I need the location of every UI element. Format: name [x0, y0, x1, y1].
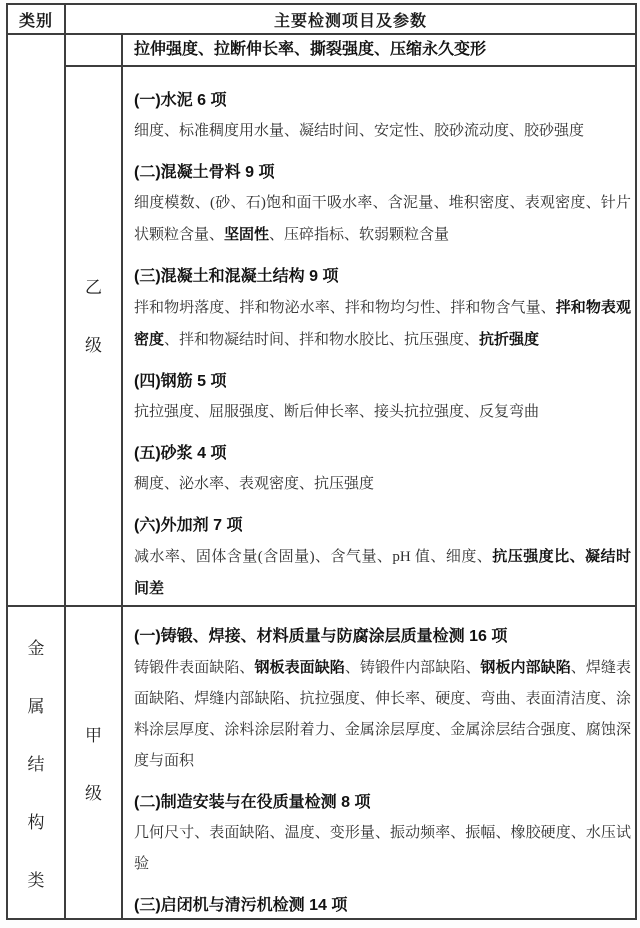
vertical-char: 结 — [28, 750, 45, 775]
block-heading: (三)混凝土和混凝土结构 9 项 — [134, 261, 631, 292]
continuation-row-content: 拉伸强度、拉断伸长率、撕裂强度、压缩永久变形 — [123, 35, 635, 67]
item-text: 、焊缝表面缺陷、焊缝内部缺陷、抗拉强度、伸长率、硬度、弯曲、表面清洁度、涂料涂层… — [134, 660, 631, 769]
category-cell-empty — [8, 35, 66, 607]
test-item-block: (三)混凝土和混凝土结构 9 项拌和物坍落度、拌和物泌水率、拌和物均匀性、拌和物… — [134, 261, 631, 356]
header-title-cell: 主要检测项目及参数 — [66, 5, 635, 35]
block-body: 减水率、固体含量(含固量)、含气量、pH 值、细度、抗压强度比、凝结时间差 — [134, 541, 631, 605]
test-item-block: (五)砂浆 4 项稠度、泌水率、表观密度、抗压强度 — [134, 438, 631, 500]
grade-cell-jia: 甲级 — [66, 607, 123, 918]
block-heading: (二)制造安装与在役质量检测 8 项 — [134, 787, 631, 818]
bold-item-text: 抗折强度 — [479, 331, 539, 348]
item-text: 几何尺寸、表面缺陷、温度、变形量、振动频率、振幅、橡胶硬度、水压试验 — [134, 825, 631, 872]
scanned-document-page: { "colors":{"border":"#3d3d3d","text":"#… — [0, 0, 640, 928]
block-body: 拌和物坍落度、拌和物泌水率、拌和物均匀性、拌和物含气量、拌和物表观密度、拌和物凝… — [134, 292, 631, 356]
category-cell-metal-structure: 金属结构类 — [8, 607, 66, 918]
vertical-char: 构 — [28, 808, 45, 833]
bold-item-text: 拉伸强度、拉断伸长率、撕裂强度、压缩永久变形 — [134, 42, 486, 58]
test-item-block: (二)混凝土骨料 9 项细度模数、(砂、石)饱和面干吸水率、含泥量、堆积密度、表… — [134, 157, 631, 251]
item-text: 、拌和物凝结时间、拌和物水胶比、抗压强度、 — [164, 332, 479, 348]
block-heading: (三)启闭机与清污机检测 14 项 — [134, 890, 631, 918]
section-1-content: (一)水泥 6 项细度、标准稠度用水量、凝结时间、安定性、胶砂流动度、胶砂强度(… — [123, 67, 635, 607]
block-heading: (二)混凝土骨料 9 项 — [134, 157, 631, 188]
block-body: 稠度、泌水率、表观密度、抗压强度 — [134, 469, 631, 500]
vertical-char: 属 — [28, 692, 45, 717]
test-item-block: (二)制造安装与在役质量检测 8 项几何尺寸、表面缺陷、温度、变形量、振动频率、… — [134, 787, 631, 880]
bold-item-text: 钢板内部缺陷 — [480, 659, 570, 676]
test-item-block: (一)铸锻、焊接、材料质量与防腐涂层质量检测 16 项铸锻件表面缺陷、钢板表面缺… — [134, 621, 631, 777]
vertical-char: 金 — [28, 634, 45, 659]
vertical-char: 乙 — [85, 273, 102, 298]
item-text: 稠度、泌水率、表观密度、抗压强度 — [134, 476, 374, 492]
vertical-char: 级 — [85, 331, 102, 356]
block-heading: (一)水泥 6 项 — [134, 85, 631, 116]
item-text: 、铸锻件内部缺陷、 — [345, 660, 481, 676]
inspection-items-table: 类别 主要检测项目及参数 拉伸强度、拉断伸长率、撕裂强度、压缩永久变形 乙级 (… — [6, 3, 637, 920]
block-heading: (一)铸锻、焊接、材料质量与防腐涂层质量检测 16 项 — [134, 621, 631, 652]
grade-vertical-text: 甲级 — [85, 721, 102, 804]
section-2-content: (一)铸锻、焊接、材料质量与防腐涂层质量检测 16 项铸锻件表面缺陷、钢板表面缺… — [123, 607, 635, 918]
block-body: 几何尺寸、表面缺陷、温度、变形量、振动频率、振幅、橡胶硬度、水压试验 — [134, 818, 631, 880]
block-heading: (五)砂浆 4 项 — [134, 438, 631, 469]
item-text: 减水率、固体含量(含固量)、含气量、pH 值、细度、 — [134, 549, 492, 565]
category-vertical-text: 金属结构类 — [28, 634, 45, 891]
block-body: 细度模数、(砂、石)饱和面干吸水率、含泥量、堆积密度、表观密度、针片状颗粒含量、… — [134, 188, 631, 251]
item-text: 、压碎指标、软弱颗粒含量 — [269, 227, 449, 243]
vertical-char: 类 — [28, 866, 45, 891]
block-heading: (六)外加剂 7 项 — [134, 510, 631, 541]
vertical-char: 级 — [85, 779, 102, 804]
block-body: 铸锻件表面缺陷、钢板表面缺陷、铸锻件内部缺陷、钢板内部缺陷、焊缝表面缺陷、焊缝内… — [134, 652, 631, 777]
block-heading: (四)钢筋 5 项 — [134, 366, 631, 397]
bold-item-text: 钢板表面缺陷 — [254, 659, 344, 676]
item-text: 铸锻件表面缺陷、 — [134, 660, 254, 676]
vertical-char: 甲 — [85, 721, 102, 746]
test-item-block: (四)钢筋 5 项抗拉强度、屈服强度、断后伸长率、接头抗拉强度、反复弯曲 — [134, 366, 631, 428]
bold-item-text: 坚固性 — [224, 226, 269, 243]
test-item-block: (三)启闭机与清污机检测 14 项 — [134, 890, 631, 918]
item-text: 抗拉强度、屈服强度、断后伸长率、接头抗拉强度、反复弯曲 — [134, 404, 539, 420]
item-text: 拌和物坍落度、拌和物泌水率、拌和物均匀性、拌和物含气量、 — [134, 300, 556, 316]
grade-vertical-text: 乙级 — [85, 273, 102, 356]
test-item-block: (六)外加剂 7 项减水率、固体含量(含固量)、含气量、pH 值、细度、抗压强度… — [134, 510, 631, 605]
grade-cell-empty — [66, 35, 123, 67]
grade-cell-yi: 乙级 — [66, 67, 123, 607]
header-category-cell: 类别 — [8, 5, 66, 35]
test-item-block: (一)水泥 6 项细度、标准稠度用水量、凝结时间、安定性、胶砂流动度、胶砂强度 — [134, 85, 631, 147]
block-body: 细度、标准稠度用水量、凝结时间、安定性、胶砂流动度、胶砂强度 — [134, 116, 631, 147]
block-body: 抗拉强度、屈服强度、断后伸长率、接头抗拉强度、反复弯曲 — [134, 397, 631, 428]
item-text: 细度、标准稠度用水量、凝结时间、安定性、胶砂流动度、胶砂强度 — [134, 123, 584, 139]
